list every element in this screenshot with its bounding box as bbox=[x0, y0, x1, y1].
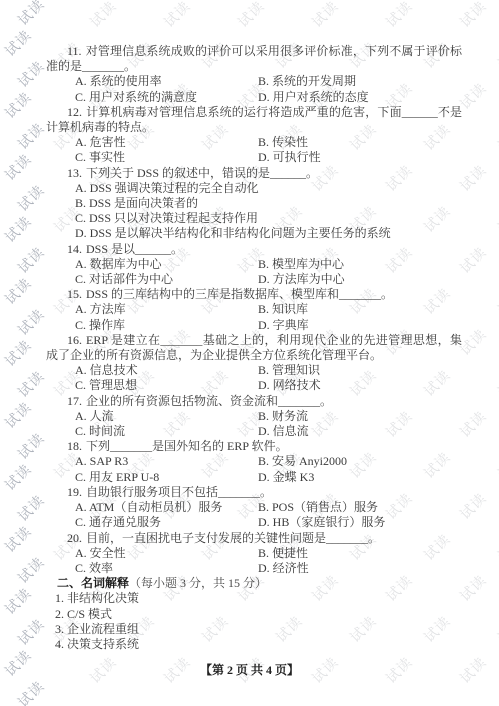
exam-page: 试读试读试读试读试读试读试读试读试读试读试读试读试读试读试读试读试读试读试读试读… bbox=[0, 0, 499, 706]
question-stem: 14.DSS 是以______。 bbox=[46, 242, 462, 257]
option-a: A. 方法库 bbox=[46, 302, 258, 317]
option-a: A. 信息技术 bbox=[46, 363, 258, 378]
section-heading: 二、名词解释（每小题 3 分，共 15 分） bbox=[46, 576, 462, 591]
watermark-text: 试读 bbox=[0, 521, 35, 556]
option-c: C. 通存通兑服务 bbox=[46, 515, 258, 530]
watermark-text: 试读 bbox=[13, 614, 48, 649]
watermark-text: 试读 bbox=[13, 552, 48, 587]
option-b: B. 模型库为中心 bbox=[258, 257, 462, 272]
watermark-text: 试读 bbox=[0, 459, 35, 494]
question-18: 18.下列_______是国外知名的 ERP 软件。 A. SAP R3 B. … bbox=[46, 439, 462, 485]
option-d: D. DSS 是以解决半结构化和非结构化问题为主要任务的系统 bbox=[46, 226, 462, 241]
question-number: 12. bbox=[67, 105, 82, 119]
watermark-text: 试读 bbox=[493, 201, 499, 236]
watermark-text: 试读 bbox=[0, 397, 35, 432]
question-options: A. 信息技术 B. 管理知识 C. 管理思想 D. 网络技术 bbox=[46, 363, 462, 393]
question-11: 11.对管理信息系统成败的评价可以采用很多评价标准，下列不属于评价标准的是___… bbox=[46, 44, 462, 105]
option-c: C. 用友 ERP U-8 bbox=[46, 470, 258, 485]
watermark-text: 试读 bbox=[13, 242, 48, 277]
option-b: B. 管理知识 bbox=[258, 363, 462, 378]
question-number: 19. bbox=[67, 485, 82, 499]
option-d: D. 网络技术 bbox=[258, 378, 462, 393]
watermark-text: 试读 bbox=[13, 490, 48, 525]
watermark-text: 试读 bbox=[493, 611, 499, 646]
question-number: 16. bbox=[67, 333, 82, 347]
option-b: B. 安易 Anyi2000 bbox=[258, 454, 462, 469]
option-a: A. 系统的使用率 bbox=[46, 74, 258, 89]
option-b: B. DSS 是面向决策者的 bbox=[46, 196, 462, 211]
question-text: DSS 的三库结构中的三库是指数据库、模型库和_______。 bbox=[86, 287, 393, 301]
option-c: C. DSS 只以对决策过程起支持作用 bbox=[46, 211, 462, 226]
option-b: B. 财务流 bbox=[258, 409, 462, 424]
option-d: D. 字典库 bbox=[258, 318, 462, 333]
question-text: 下列_______是国外知名的 ERP 软件。 bbox=[86, 439, 288, 453]
option-d: D. 方法库为中心 bbox=[258, 272, 462, 287]
section-note: （每小题 3 分，共 15 分） bbox=[129, 576, 267, 590]
question-stem: 15.DSS 的三库结构中的三库是指数据库、模型库和_______。 bbox=[46, 287, 462, 302]
option-a: A. SAP R3 bbox=[46, 454, 258, 469]
option-b: B. POS（销售点）服务 bbox=[258, 500, 462, 515]
question-text: 下列关于 DSS 的叙述中，错误的是______。 bbox=[86, 166, 318, 180]
question-19: 19.自助银行服务项目不包括_______。 A. ATM（自动柜员机）服务 B… bbox=[46, 485, 462, 531]
option-b: B. 传染性 bbox=[258, 135, 462, 150]
question-options: A. DSS 强调决策过程的完全自动化 B. DSS 是面向决策者的 C. DS… bbox=[46, 181, 462, 242]
option-c: C. 时间流 bbox=[46, 424, 258, 439]
watermark-text: 试读 bbox=[233, 0, 268, 32]
page-number-footer: 【第 2 页 共 4 页】 bbox=[0, 661, 499, 678]
question-15: 15.DSS 的三库结构中的三库是指数据库、模型库和_______。 A. 方法… bbox=[46, 287, 462, 333]
term-item-2: 2. C/S 模式 bbox=[46, 607, 462, 622]
question-options: A. 方法库 B. 知识库 C. 操作库 D. 字典库 bbox=[46, 302, 462, 332]
question-options: A. SAP R3 B. 安易 Anyi2000 C. 用友 ERP U-8 D… bbox=[46, 454, 462, 484]
watermark-text: 试读 bbox=[455, 0, 490, 32]
option-a: A. DSS 强调决策过程的完全自动化 bbox=[46, 181, 462, 196]
question-text: 企业的所有资源包括物流、资金流和_______。 bbox=[86, 394, 332, 408]
exam-content: 11.对管理信息系统成败的评价可以采用很多评价标准，下列不属于评价标准的是___… bbox=[46, 44, 462, 652]
watermark-text: 试读 bbox=[381, 0, 416, 32]
watermark-text: 试读 bbox=[0, 149, 35, 184]
question-stem: 18.下列_______是国外知名的 ERP 软件。 bbox=[46, 439, 462, 454]
watermark-text: 试读 bbox=[0, 583, 35, 618]
watermark-text: 试读 bbox=[13, 304, 48, 339]
watermark-text: 试读 bbox=[0, 87, 35, 122]
watermark-text: 试读 bbox=[493, 283, 499, 318]
question-number: 13. bbox=[67, 166, 82, 180]
option-c: C. 事实性 bbox=[46, 150, 258, 165]
term-item-4: 4. 决策支持系统 bbox=[46, 637, 462, 652]
option-d: D. HB（家庭银行）服务 bbox=[258, 515, 462, 530]
option-a: A. 安全性 bbox=[46, 546, 258, 561]
question-number: 15. bbox=[67, 287, 82, 301]
question-text: DSS 是以______。 bbox=[86, 242, 183, 256]
option-c: C. 对话部件为中心 bbox=[46, 272, 258, 287]
option-d: D. 可执行性 bbox=[258, 150, 462, 165]
question-13: 13.下列关于 DSS 的叙述中，错误的是______。 A. DSS 强调决策… bbox=[46, 166, 462, 242]
option-c: C. 操作库 bbox=[46, 318, 258, 333]
watermark-text: 试读 bbox=[493, 119, 499, 154]
question-options: A. 数据库为中心 B. 模型库为中心 C. 对话部件为中心 D. 方法库为中心 bbox=[46, 257, 462, 287]
section-terms: 二、名词解释（每小题 3 分，共 15 分） 1. 非结构化决策 2. C/S … bbox=[46, 576, 462, 652]
question-number: 18. bbox=[67, 439, 82, 453]
watermark-text: 试读 bbox=[307, 0, 342, 32]
question-options: A. 人流 B. 财务流 C. 时间流 D. 信息流 bbox=[46, 409, 462, 439]
watermark-text: 试读 bbox=[493, 447, 499, 482]
term-item-1: 1. 非结构化决策 bbox=[46, 591, 462, 606]
question-stem: 11.对管理信息系统成败的评价可以采用很多评价标准，下列不属于评价标准的是___… bbox=[46, 44, 462, 74]
watermark-text: 试读 bbox=[493, 529, 499, 564]
watermark-text: 试读 bbox=[13, 366, 48, 401]
term-item-3: 3. 企业流程重组 bbox=[46, 622, 462, 637]
question-stem: 19.自助银行服务项目不包括_______。 bbox=[46, 485, 462, 500]
question-options: A. ATM（自动柜员机）服务 B. POS（销售点）服务 C. 通存通兑服务 … bbox=[46, 500, 462, 530]
question-stem: 17.企业的所有资源包括物流、资金流和_______。 bbox=[46, 394, 462, 409]
option-d: D. 信息流 bbox=[258, 424, 462, 439]
question-14: 14.DSS 是以______。 A. 数据库为中心 B. 模型库为中心 C. … bbox=[46, 242, 462, 288]
option-b: B. 知识库 bbox=[258, 302, 462, 317]
watermark-text: 试读 bbox=[0, 211, 35, 246]
option-d: D. 经济性 bbox=[258, 561, 462, 576]
question-stem: 20.目前，一直困扰电子支付发展的关键性问题是_______。 bbox=[46, 531, 462, 546]
option-c: C. 管理思想 bbox=[46, 378, 258, 393]
watermark-text: 试读 bbox=[85, 0, 120, 32]
question-stem: 16.ERP 是建立在_______基础之上的，利用现代企业的先进管理思想，集成… bbox=[46, 333, 462, 363]
question-17: 17.企业的所有资源包括物流、资金流和_______。 A. 人流 B. 财务流… bbox=[46, 394, 462, 440]
question-number: 11. bbox=[67, 44, 82, 58]
question-number: 17. bbox=[67, 394, 82, 408]
question-options: A. 系统的使用率 B. 系统的开发周期 C. 用户对系统的满意度 D. 用户对… bbox=[46, 74, 462, 104]
option-a: A. ATM（自动柜员机）服务 bbox=[46, 500, 258, 515]
option-d: D. 用户对系统的态度 bbox=[258, 90, 462, 105]
watermark-text: 试读 bbox=[13, 676, 48, 706]
option-c: C. 效率 bbox=[46, 561, 258, 576]
question-stem: 12.计算机病毒对管理信息系统的运行将造成严重的危害，下面______不是计算机… bbox=[46, 105, 462, 135]
question-16: 16.ERP 是建立在_______基础之上的，利用现代企业的先进管理思想，集成… bbox=[46, 333, 462, 394]
question-number: 14. bbox=[67, 242, 82, 256]
option-b: B. 系统的开发周期 bbox=[258, 74, 462, 89]
option-a: A. 数据库为中心 bbox=[46, 257, 258, 272]
question-20: 20.目前，一直困扰电子支付发展的关键性问题是_______。 A. 安全性 B… bbox=[46, 531, 462, 577]
question-text: 目前，一直困扰电子支付发展的关键性问题是_______。 bbox=[86, 531, 380, 545]
section-title: 二、名词解释 bbox=[57, 576, 129, 590]
question-text: 对管理信息系统成败的评价可以采用很多评价标准，下列不属于评价标准的是______… bbox=[46, 44, 462, 73]
option-a: A. 人流 bbox=[46, 409, 258, 424]
question-text: ERP 是建立在_______基础之上的，利用现代企业的先进管理思想，集成了企业… bbox=[46, 333, 462, 362]
watermark-text: 试读 bbox=[13, 0, 48, 30]
watermark-text: 试读 bbox=[13, 428, 48, 463]
question-number: 20. bbox=[67, 531, 82, 545]
question-options: A. 安全性 B. 便捷性 C. 效率 D. 经济性 bbox=[46, 546, 462, 576]
watermark-text: 试读 bbox=[493, 37, 499, 72]
question-stem: 13.下列关于 DSS 的叙述中，错误的是______。 bbox=[46, 166, 462, 181]
watermark-text: 试读 bbox=[493, 365, 499, 400]
watermark-text: 试读 bbox=[0, 273, 35, 308]
watermark-text: 试读 bbox=[159, 0, 194, 32]
option-d: D. 金蝶 K3 bbox=[258, 470, 462, 485]
watermark-text: 试读 bbox=[0, 25, 35, 60]
option-a: A. 危害性 bbox=[46, 135, 258, 150]
watermark-text: 试读 bbox=[13, 118, 48, 153]
watermark-text: 试读 bbox=[13, 180, 48, 215]
question-options: A. 危害性 B. 传染性 C. 事实性 D. 可执行性 bbox=[46, 135, 462, 165]
option-b: B. 便捷性 bbox=[258, 546, 462, 561]
question-12: 12.计算机病毒对管理信息系统的运行将造成严重的危害，下面______不是计算机… bbox=[46, 105, 462, 166]
watermark-text: 试读 bbox=[13, 56, 48, 91]
question-text: 计算机病毒对管理信息系统的运行将造成严重的危害，下面______不是计算机病毒的… bbox=[46, 105, 462, 134]
question-text: 自助银行服务项目不包括_______。 bbox=[86, 485, 272, 499]
option-c: C. 用户对系统的满意度 bbox=[46, 90, 258, 105]
watermark-text: 试读 bbox=[0, 335, 35, 370]
